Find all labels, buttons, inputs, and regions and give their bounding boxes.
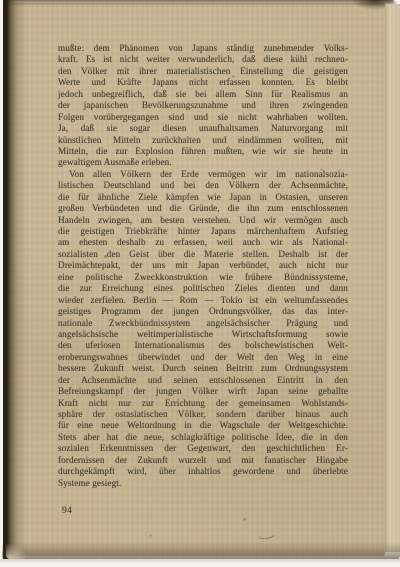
text-line: am ehesten deshalb zu erfassen, weil auc… [58, 237, 348, 248]
text-line: die geistigen Triebkräfte hinter Japans … [58, 226, 348, 237]
dirt-specks [0, 0, 1, 1]
text-line: Folgen vorübergegangen sind und sie nich… [58, 112, 348, 123]
binding-gutter-shadow [3, 0, 29, 560]
text-line: Kraft nicht nur zur Errichtung der gemei… [58, 398, 348, 409]
page-bottom-shadow [2, 542, 400, 560]
text-line: sozialen Erkenntnissen der Gegenwart, de… [58, 443, 348, 454]
text-line: sozialisten den Geist über die Materie s… [58, 249, 348, 260]
text-line: der Achsenmächte und seinen entschlossen… [58, 375, 348, 386]
text-line: künstlichen Mitteln zurückhalten und ein… [58, 135, 348, 146]
text-line: Ja, daß sie sogar diesen unaufhaltsamen … [58, 123, 348, 134]
text-line: angelsächsische weltimperialistische Wir… [58, 329, 348, 340]
text-line: bessere Zukunft weist. Durch seinen Beit… [58, 363, 348, 374]
text-line: Mitteln, die zur Explosion führen mußten… [58, 146, 348, 157]
text-line: fordernissen der Zukunft wurzelt und mit… [58, 455, 348, 466]
text-line: listischen Deutschland und bei den Völke… [58, 180, 348, 191]
fore-edge-pages-strip [385, 4, 400, 552]
text-line: der japanischen Bevölkerungszunahme und … [58, 100, 348, 111]
text-line: Werte und Kräfte Japans nicht erfassen k… [58, 77, 348, 88]
page-curl [6, 543, 28, 559]
text-line: nationale Zweckbündnissystem angelsächsi… [58, 318, 348, 329]
left-scan-margin [0, 0, 3, 567]
text-line: Befreiungskampf der jungen Völker wirft … [58, 386, 348, 397]
text-line: jedoch unbegreiflich, daß sie bei allem … [58, 89, 348, 100]
text-line: durchgekämpft wird, über inhaltlos gewor… [58, 466, 348, 477]
text-line: eroberungswahnes überwindet und der Welt… [58, 352, 348, 363]
text-line: kraft. Es ist nicht weiter verwunderlich… [58, 54, 348, 65]
text-line: mußte: dem Phänomen von Japans ständig z… [58, 43, 348, 54]
bottom-scan-margin [0, 559, 400, 567]
text-line: Systeme gesiegt. [58, 478, 348, 489]
text-line: wieder zerfielen. Berlin — Rom — Tokio i… [58, 295, 348, 306]
text-line: eine politische Zweckkonstruktion wie fr… [58, 272, 348, 283]
page-number: 94 [62, 506, 73, 516]
text-line: die zur Erreichung eines politischen Zie… [58, 283, 348, 294]
text-line: sphäre der ostasiatischen Völker, sonder… [58, 409, 348, 420]
text-line: die für ähnliche Ziele kämpfen wie Japan… [58, 192, 348, 203]
page-top-edge-shadow [2, 0, 398, 6]
scanned-book-page: mußte: dem Phänomen von Japans ständig z… [0, 0, 400, 567]
text-line: den Völker mit ihrer materialistischen E… [58, 66, 348, 77]
text-line: Stets aber hat die neue, schlagkräftige … [58, 432, 348, 443]
text-line: den uferlosen Internationalismus des bol… [58, 340, 348, 351]
text-line: Handeln zwingen, am besten verstehen. Un… [58, 215, 348, 226]
text-line: geistiges Programm der jungen Ordnungsvö… [58, 306, 348, 317]
text-line: großen Verbündeten und die Gründe, die i… [58, 203, 348, 214]
text-line: Dreimächtepakt, der uns mit Japan verbün… [58, 260, 348, 271]
body-text: mußte: dem Phänomen von Japans ständig z… [58, 43, 348, 489]
text-line: für eine neue Weltordnung in die Wagscha… [58, 420, 348, 431]
text-line: gewaltigem Ausmaße erleben. [58, 157, 348, 168]
text-line: Von allen Völkern der Erde vermögen wir … [58, 169, 348, 180]
